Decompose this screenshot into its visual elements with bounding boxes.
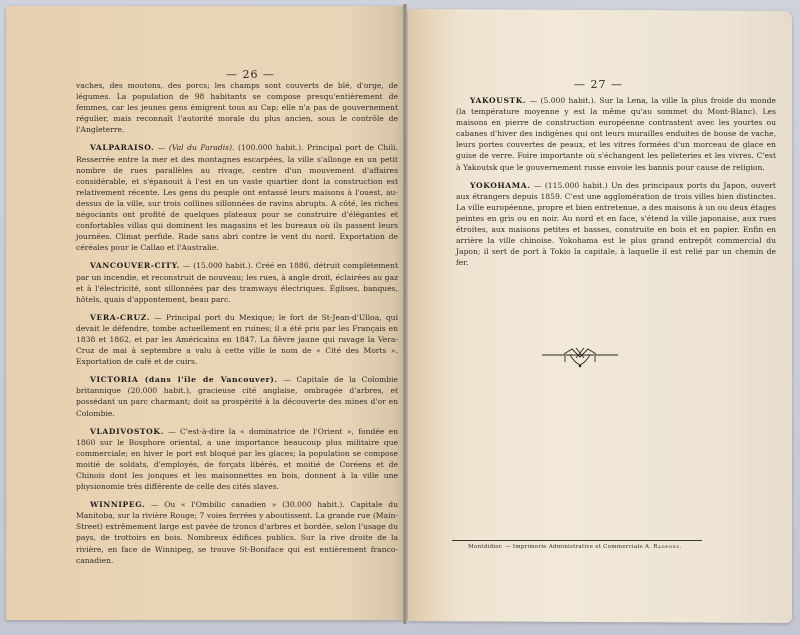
printer-name: Radenez. <box>653 544 682 550</box>
entry-yokohama: YOKOHAMA. — (115.000 habit.) Un des prin… <box>456 180 776 269</box>
entry-body: (100.000 habit.). Principal port de Chil… <box>76 143 398 252</box>
entry-victoria: VICTORIA (dans l'île de Vancouver). — Ca… <box>76 374 398 418</box>
entry-valparaiso: VALPARAISO. — (Val du Paradis). (100.000… <box>76 142 398 253</box>
entry-heading: VLADIVOSTOK. <box>90 427 164 436</box>
right-page-text: YAKOUSTK. — (5.000 habit.). Sur la Lena,… <box>456 95 776 275</box>
entry-heading: YAKOUSTK. <box>470 96 526 105</box>
printer-imprint: Montdidier. — Imprimerie Administrative … <box>468 544 682 550</box>
left-page-text: vaches, des moutons, des porcs; les cham… <box>76 80 398 573</box>
entry-heading: VERA-CRUZ. <box>90 313 150 322</box>
entry-yakoustk: YAKOUSTK. — (5.000 habit.). Sur la Lena,… <box>456 95 776 173</box>
entry-winnipeg: WINNIPEG. — Ou « l'Ombilic canadien » (3… <box>76 499 398 566</box>
entry-body: Ou « l'Ombilic canadien » (30.000 habit.… <box>76 500 398 564</box>
entry-heading: VICTORIA (dans l'île de Vancouver). <box>90 375 278 384</box>
book-gutter <box>403 4 407 624</box>
entry-heading: WINNIPEG. <box>90 500 145 509</box>
entry-heading: VANCOUVER-CITY. <box>90 261 180 270</box>
entry-subtitle: (Val du Paradis). <box>169 143 235 152</box>
entry-heading: VALPARAISO. <box>90 143 154 152</box>
entry-heading: YOKOHAMA. <box>470 181 530 190</box>
entry-body: (5.000 habit.). Sur la Lena, la ville la… <box>456 96 776 172</box>
entry-vera-cruz: VERA-CRUZ. — Principal port du Mexique; … <box>76 312 398 367</box>
printer-rule <box>452 540 702 541</box>
entry-body: C'est-à-dire la « dominatrice de l'Orien… <box>76 427 398 491</box>
entry-vancouver-city: VANCOUVER-CITY. — (15.000 habit.). Créé … <box>76 260 398 304</box>
paragraph-continuation: vaches, des moutons, des porcs; les cham… <box>76 80 398 135</box>
page-number-right: — 27 — <box>574 78 623 91</box>
fleuron-ornament-icon <box>540 345 620 369</box>
entry-body: (115.000 habit.) Un des principaux ports… <box>456 181 776 268</box>
entry-vladivostok: VLADIVOSTOK. — C'est-à-dire la « dominat… <box>76 426 398 493</box>
